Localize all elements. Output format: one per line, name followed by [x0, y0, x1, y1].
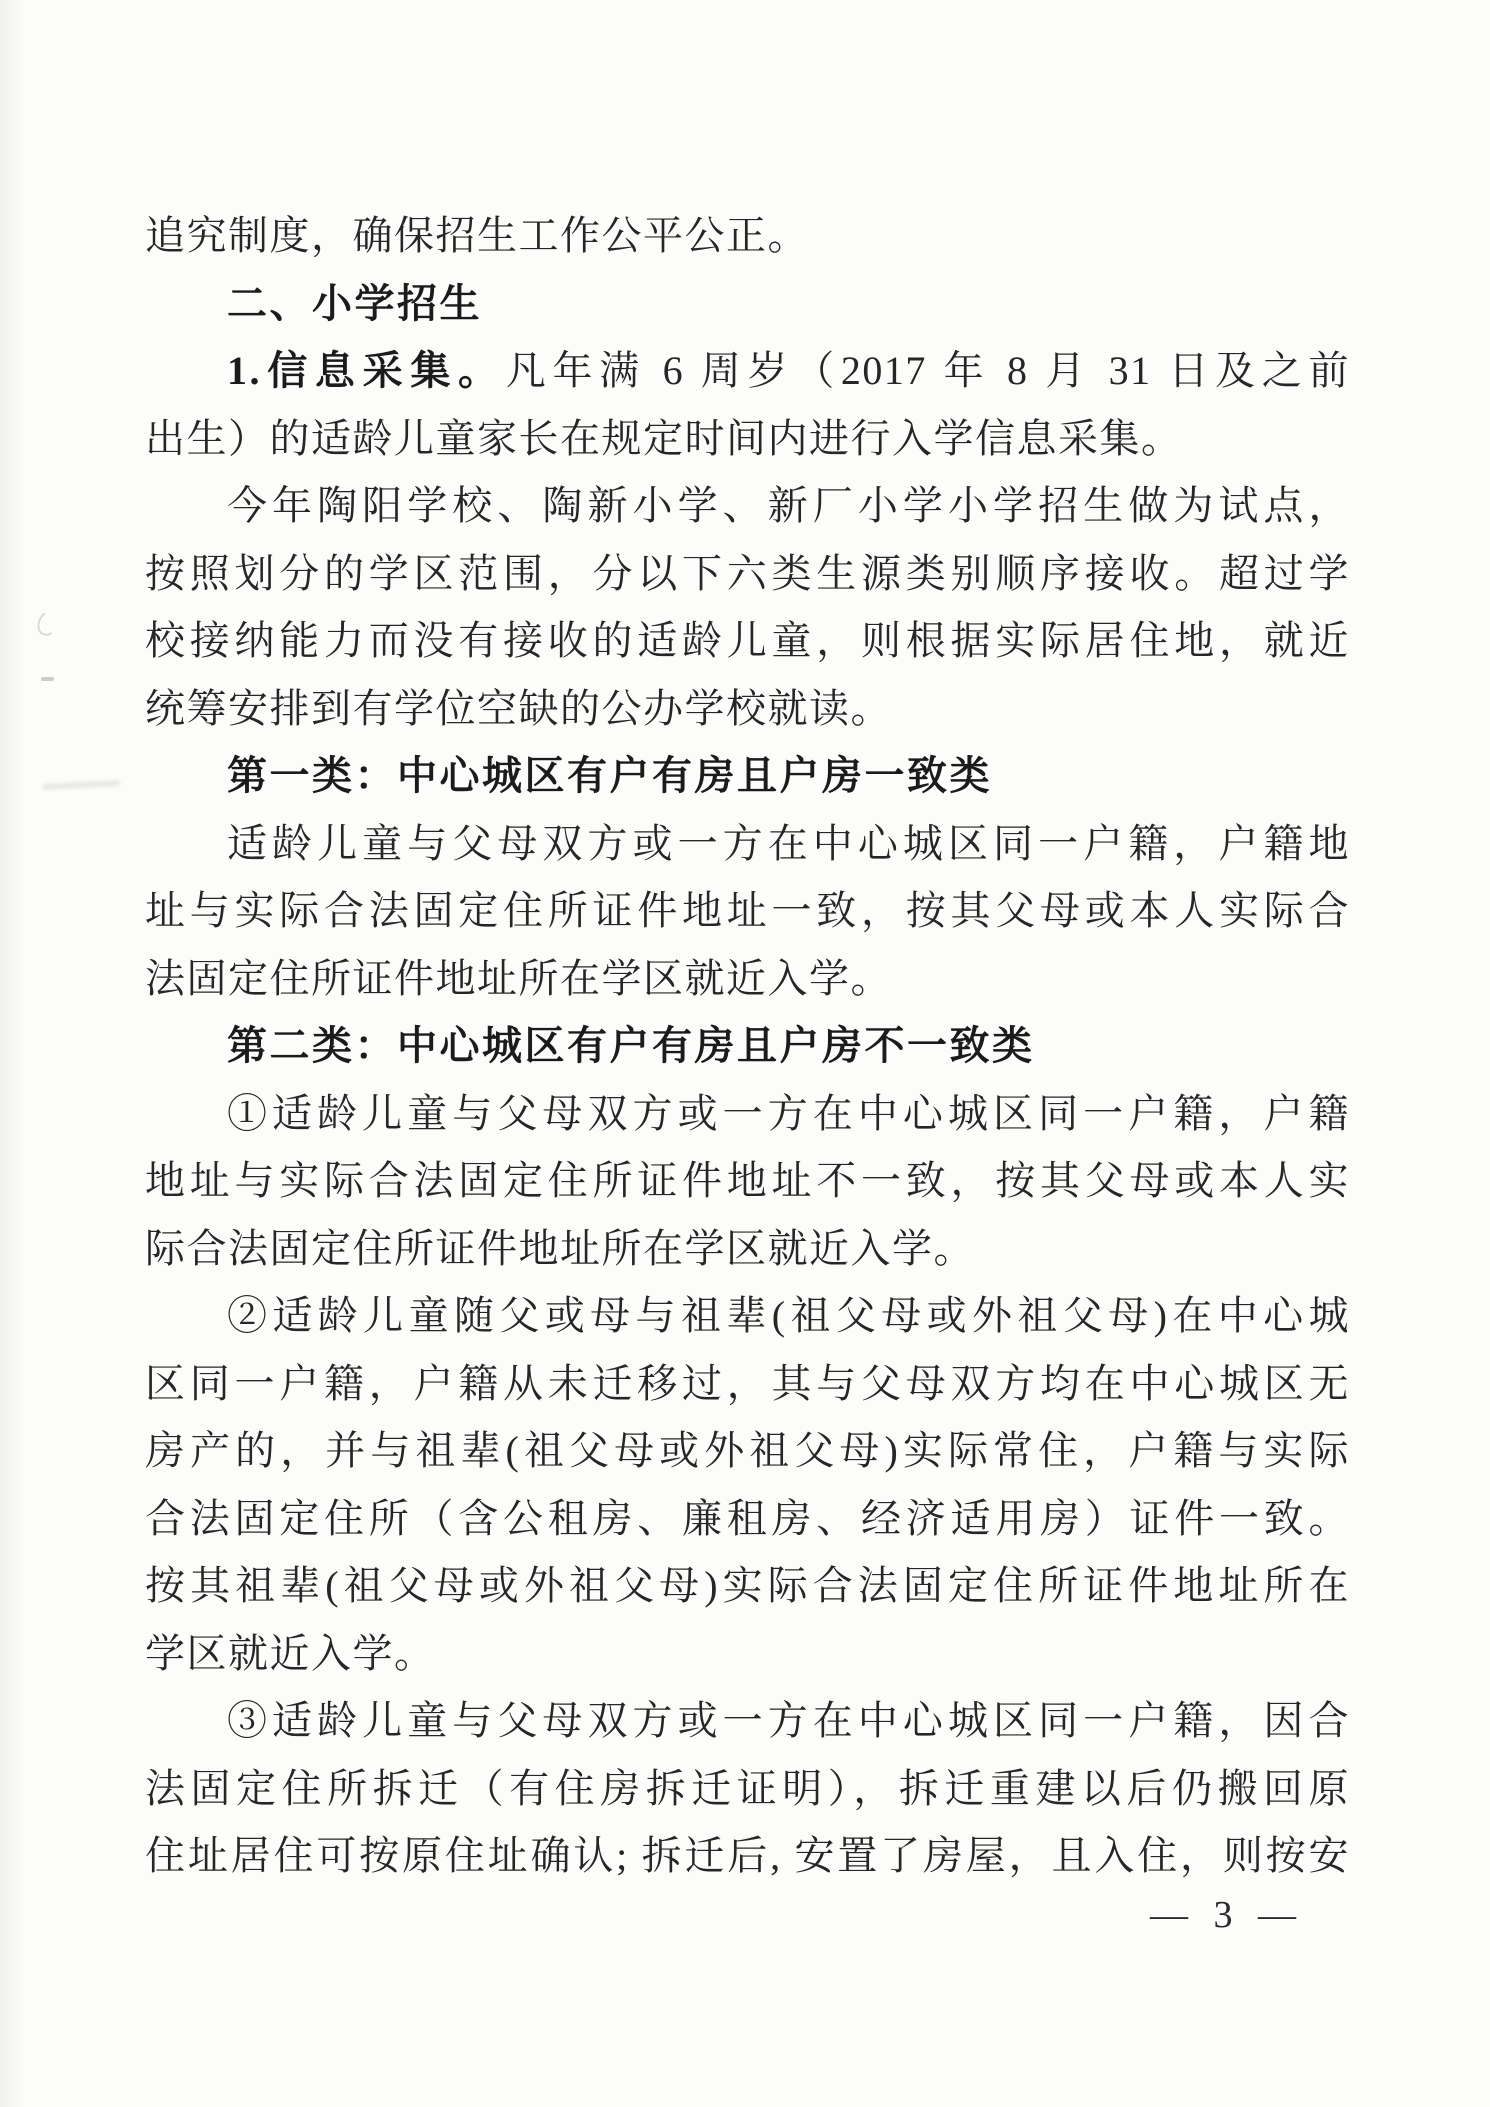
body-text: 出生）的适龄儿童家长在规定时间内进行入学信息采集。 [145, 416, 1183, 461]
body-text: 住址居住可按原住址确认; 拆迁后, 安置了房屋，且入住，则按安 [145, 1833, 1350, 1878]
text-line: 追究制度，确保招生工作公平公正。 [145, 202, 1350, 270]
text-line: 今年陶阳学校、陶新小学、新厂小学小学招生做为试点， [145, 472, 1350, 540]
body-text: 地址与实际合法固定住所证件地址不一致，按其父母或本人实 [145, 1158, 1350, 1203]
text-line: 地址与实际合法固定住所证件地址不一致，按其父母或本人实 [145, 1147, 1350, 1215]
scan-artifact [42, 780, 120, 790]
body-text: ②适龄儿童随父或母与祖辈(祖父母或外祖父母)在中心城 [227, 1293, 1350, 1338]
text-line: 际合法固定住所证件地址所在学区就近入学。 [145, 1215, 1350, 1283]
document-lines: 追究制度，确保招生工作公平公正。二、小学招生1.信息采集。凡年满 6 周岁（20… [145, 202, 1350, 1890]
body-text: 法固定住所证件地址所在学区就近入学。 [145, 956, 892, 1001]
heading-text: 二、小学招生 [227, 281, 482, 326]
text-line: ③适龄儿童与父母双方或一方在中心城区同一户籍，因合 [145, 1687, 1350, 1755]
heading-text: 第二类：中心城区有户有房且户房不一致类 [227, 1023, 1035, 1068]
text-line: 二、小学招生 [145, 270, 1350, 338]
text-line: 出生）的适龄儿童家长在规定时间内进行入学信息采集。 [145, 405, 1350, 473]
body-text: 房产的，并与祖辈(祖父母或外祖父母)实际常住，户籍与实际 [145, 1428, 1350, 1473]
text-line: 区同一户籍，户籍从未迁移过，其与父母双方均在中心城区无 [145, 1350, 1350, 1418]
text-line: 校接纳能力而没有接收的适龄儿童，则根据实际居住地，就近 [145, 607, 1350, 675]
body-text: 今年陶阳学校、陶新小学、新厂小学小学招生做为试点， [227, 483, 1350, 528]
text-line: 按其祖辈(祖父母或外祖父母)实际合法固定住所证件地址所在 [145, 1552, 1350, 1620]
text-line: ①适龄儿童与父母双方或一方在中心城区同一户籍，户籍 [145, 1080, 1350, 1148]
body-text: 按照划分的学区范围，分以下六类生源类别顺序接收。超过学 [145, 551, 1350, 596]
body-text: 区同一户籍，户籍从未迁移过，其与父母双方均在中心城区无 [145, 1361, 1350, 1406]
body-text: 际合法固定住所证件地址所在学区就近入学。 [145, 1226, 975, 1271]
scan-artifact [35, 608, 61, 638]
body-text: ①适龄儿童与父母双方或一方在中心城区同一户籍，户籍 [227, 1091, 1350, 1136]
body-text: 校接纳能力而没有接收的适龄儿童，则根据实际居住地，就近 [145, 618, 1350, 663]
body-text: 合法固定住所（含公租房、廉租房、经济适用房）证件一致。 [145, 1496, 1350, 1541]
body-text: 统筹安排到有学位空缺的公办学校就读。 [145, 686, 892, 731]
body-text: 址与实际合法固定住所证件地址一致，按其父母或本人实际合 [145, 888, 1350, 933]
body-text: 学区就近入学。 [145, 1631, 436, 1676]
text-line: 适龄儿童与父母双方或一方在中心城区同一户籍，户籍地 [145, 810, 1350, 878]
text-line: 房产的，并与祖辈(祖父母或外祖父母)实际常住，户籍与实际 [145, 1417, 1350, 1485]
text-line: 法固定住所证件地址所在学区就近入学。 [145, 945, 1350, 1013]
heading-text: 1.信息采集。 [227, 348, 506, 393]
body-text: ③适龄儿童与父母双方或一方在中心城区同一户籍，因合 [227, 1698, 1350, 1743]
page-number: — 3 — [1150, 1893, 1304, 1937]
text-line: 第二类：中心城区有户有房且户房不一致类 [145, 1012, 1350, 1080]
body-text: 追究制度，确保招生工作公平公正。 [145, 213, 809, 258]
text-line: 住址居住可按原住址确认; 拆迁后, 安置了房屋，且入住，则按安 [145, 1822, 1350, 1890]
text-line: 第一类：中心城区有户有房且户房一致类 [145, 742, 1350, 810]
body-text: 适龄儿童与父母双方或一方在中心城区同一户籍，户籍地 [227, 821, 1350, 866]
heading-text: 第一类：中心城区有户有房且户房一致类 [227, 753, 992, 798]
body-text: 法固定住所拆迁（有住房拆迁证明），拆迁重建以后仍搬回原 [145, 1766, 1350, 1811]
text-line: 合法固定住所（含公租房、廉租房、经济适用房）证件一致。 [145, 1485, 1350, 1553]
scanned-document-page: 追究制度，确保招生工作公平公正。二、小学招生1.信息采集。凡年满 6 周岁（20… [0, 0, 1490, 2107]
body-text: 凡年满 6 周岁（2017 年 8 月 31 日及之前 [506, 348, 1350, 393]
text-line: ②适龄儿童随父或母与祖辈(祖父母或外祖父母)在中心城 [145, 1282, 1350, 1350]
text-line: 按照划分的学区范围，分以下六类生源类别顺序接收。超过学 [145, 540, 1350, 608]
text-line: 法固定住所拆迁（有住房拆迁证明），拆迁重建以后仍搬回原 [145, 1755, 1350, 1823]
text-line: 学区就近入学。 [145, 1620, 1350, 1688]
body-text: 按其祖辈(祖父母或外祖父母)实际合法固定住所证件地址所在 [145, 1563, 1350, 1608]
scan-artifact [41, 677, 54, 681]
text-line: 1.信息采集。凡年满 6 周岁（2017 年 8 月 31 日及之前 [145, 337, 1350, 405]
text-line: 址与实际合法固定住所证件地址一致，按其父母或本人实际合 [145, 877, 1350, 945]
text-line: 统筹安排到有学位空缺的公办学校就读。 [145, 675, 1350, 743]
